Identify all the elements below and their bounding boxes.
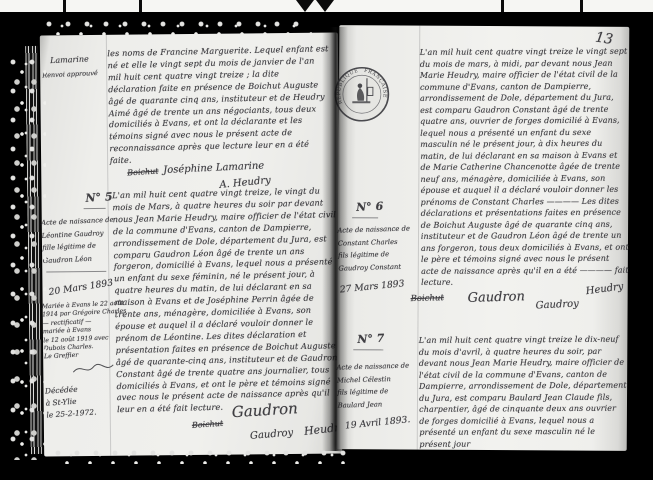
registration-triangle-icon <box>316 0 334 12</box>
margin-approval-note: Renvoi approuvé <box>42 69 98 80</box>
act7-margin-title: Acte de naissance de Michel Célestin fil… <box>336 359 425 412</box>
act6-margin-title: Acte de naissance de Constant Charles fi… <box>337 222 424 275</box>
frame-tick-icon <box>139 0 142 12</box>
frame-tick-icon <box>63 0 66 12</box>
frame-tick-icon <box>580 0 583 12</box>
act5-death-margin-note: Décédée à St-Ylie le 25-2-1972. <box>45 381 127 422</box>
act4-signature-witness: Boichut <box>127 167 159 178</box>
registration-triangle-icon <box>296 0 314 12</box>
act7-body-text: L'an mil huit cent quatre vingt treize l… <box>419 334 628 450</box>
register-left-page: Lamarine Renvoi approuvé les noms de Fra… <box>40 32 342 456</box>
microfilm-scan: Lamarine Renvoi approuvé les noms de Fra… <box>0 0 653 480</box>
act4-body-text: les noms de Francine Marguerite. Lequel … <box>107 43 332 167</box>
ink-rule <box>84 208 106 209</box>
act6-margin-date: 27 Mars 1893 <box>339 278 405 295</box>
film-edge-noise <box>46 20 312 35</box>
greffier-signature-paraph <box>71 361 115 377</box>
act5-number: N° 5 <box>85 190 113 205</box>
register-right-page: 13 RÉPUBLIQUE FRANÇAISE L'an mil huit ce… <box>337 25 630 451</box>
act6-signature-witness: Boichut <box>410 293 443 304</box>
act5-body-text: L'an mil huit cent quatre vingt treize, … <box>112 185 343 416</box>
film-strip <box>0 0 653 12</box>
film-edge-noise <box>10 58 46 460</box>
act5-margin-date: 20 Mars 1893 <box>48 277 114 298</box>
margin-name-note: Lamarine <box>50 54 89 65</box>
act5-signature-witness: Boichut <box>192 419 224 430</box>
ink-rule <box>352 217 378 218</box>
act6-signature-witness2: Gaudroy <box>535 298 579 311</box>
act5-signature-witness2: Gaudroy <box>250 427 294 441</box>
act6-number: N° 6 <box>356 200 384 214</box>
frame-tick-icon <box>501 0 504 12</box>
act7-margin-date: 19 Avril 1893. <box>344 414 410 431</box>
ink-rule <box>46 271 106 273</box>
act6-body-text: L'an mil huit cent quatre vingt treize l… <box>420 46 629 289</box>
act7-number: N° 7 <box>357 332 385 346</box>
act5-signature-father: Gaudron <box>231 399 298 421</box>
act6-signature-father: Gaudron <box>467 289 525 306</box>
ink-rule <box>353 349 383 350</box>
book-spine-shadow <box>322 27 348 451</box>
film-edge-noise <box>55 449 355 464</box>
